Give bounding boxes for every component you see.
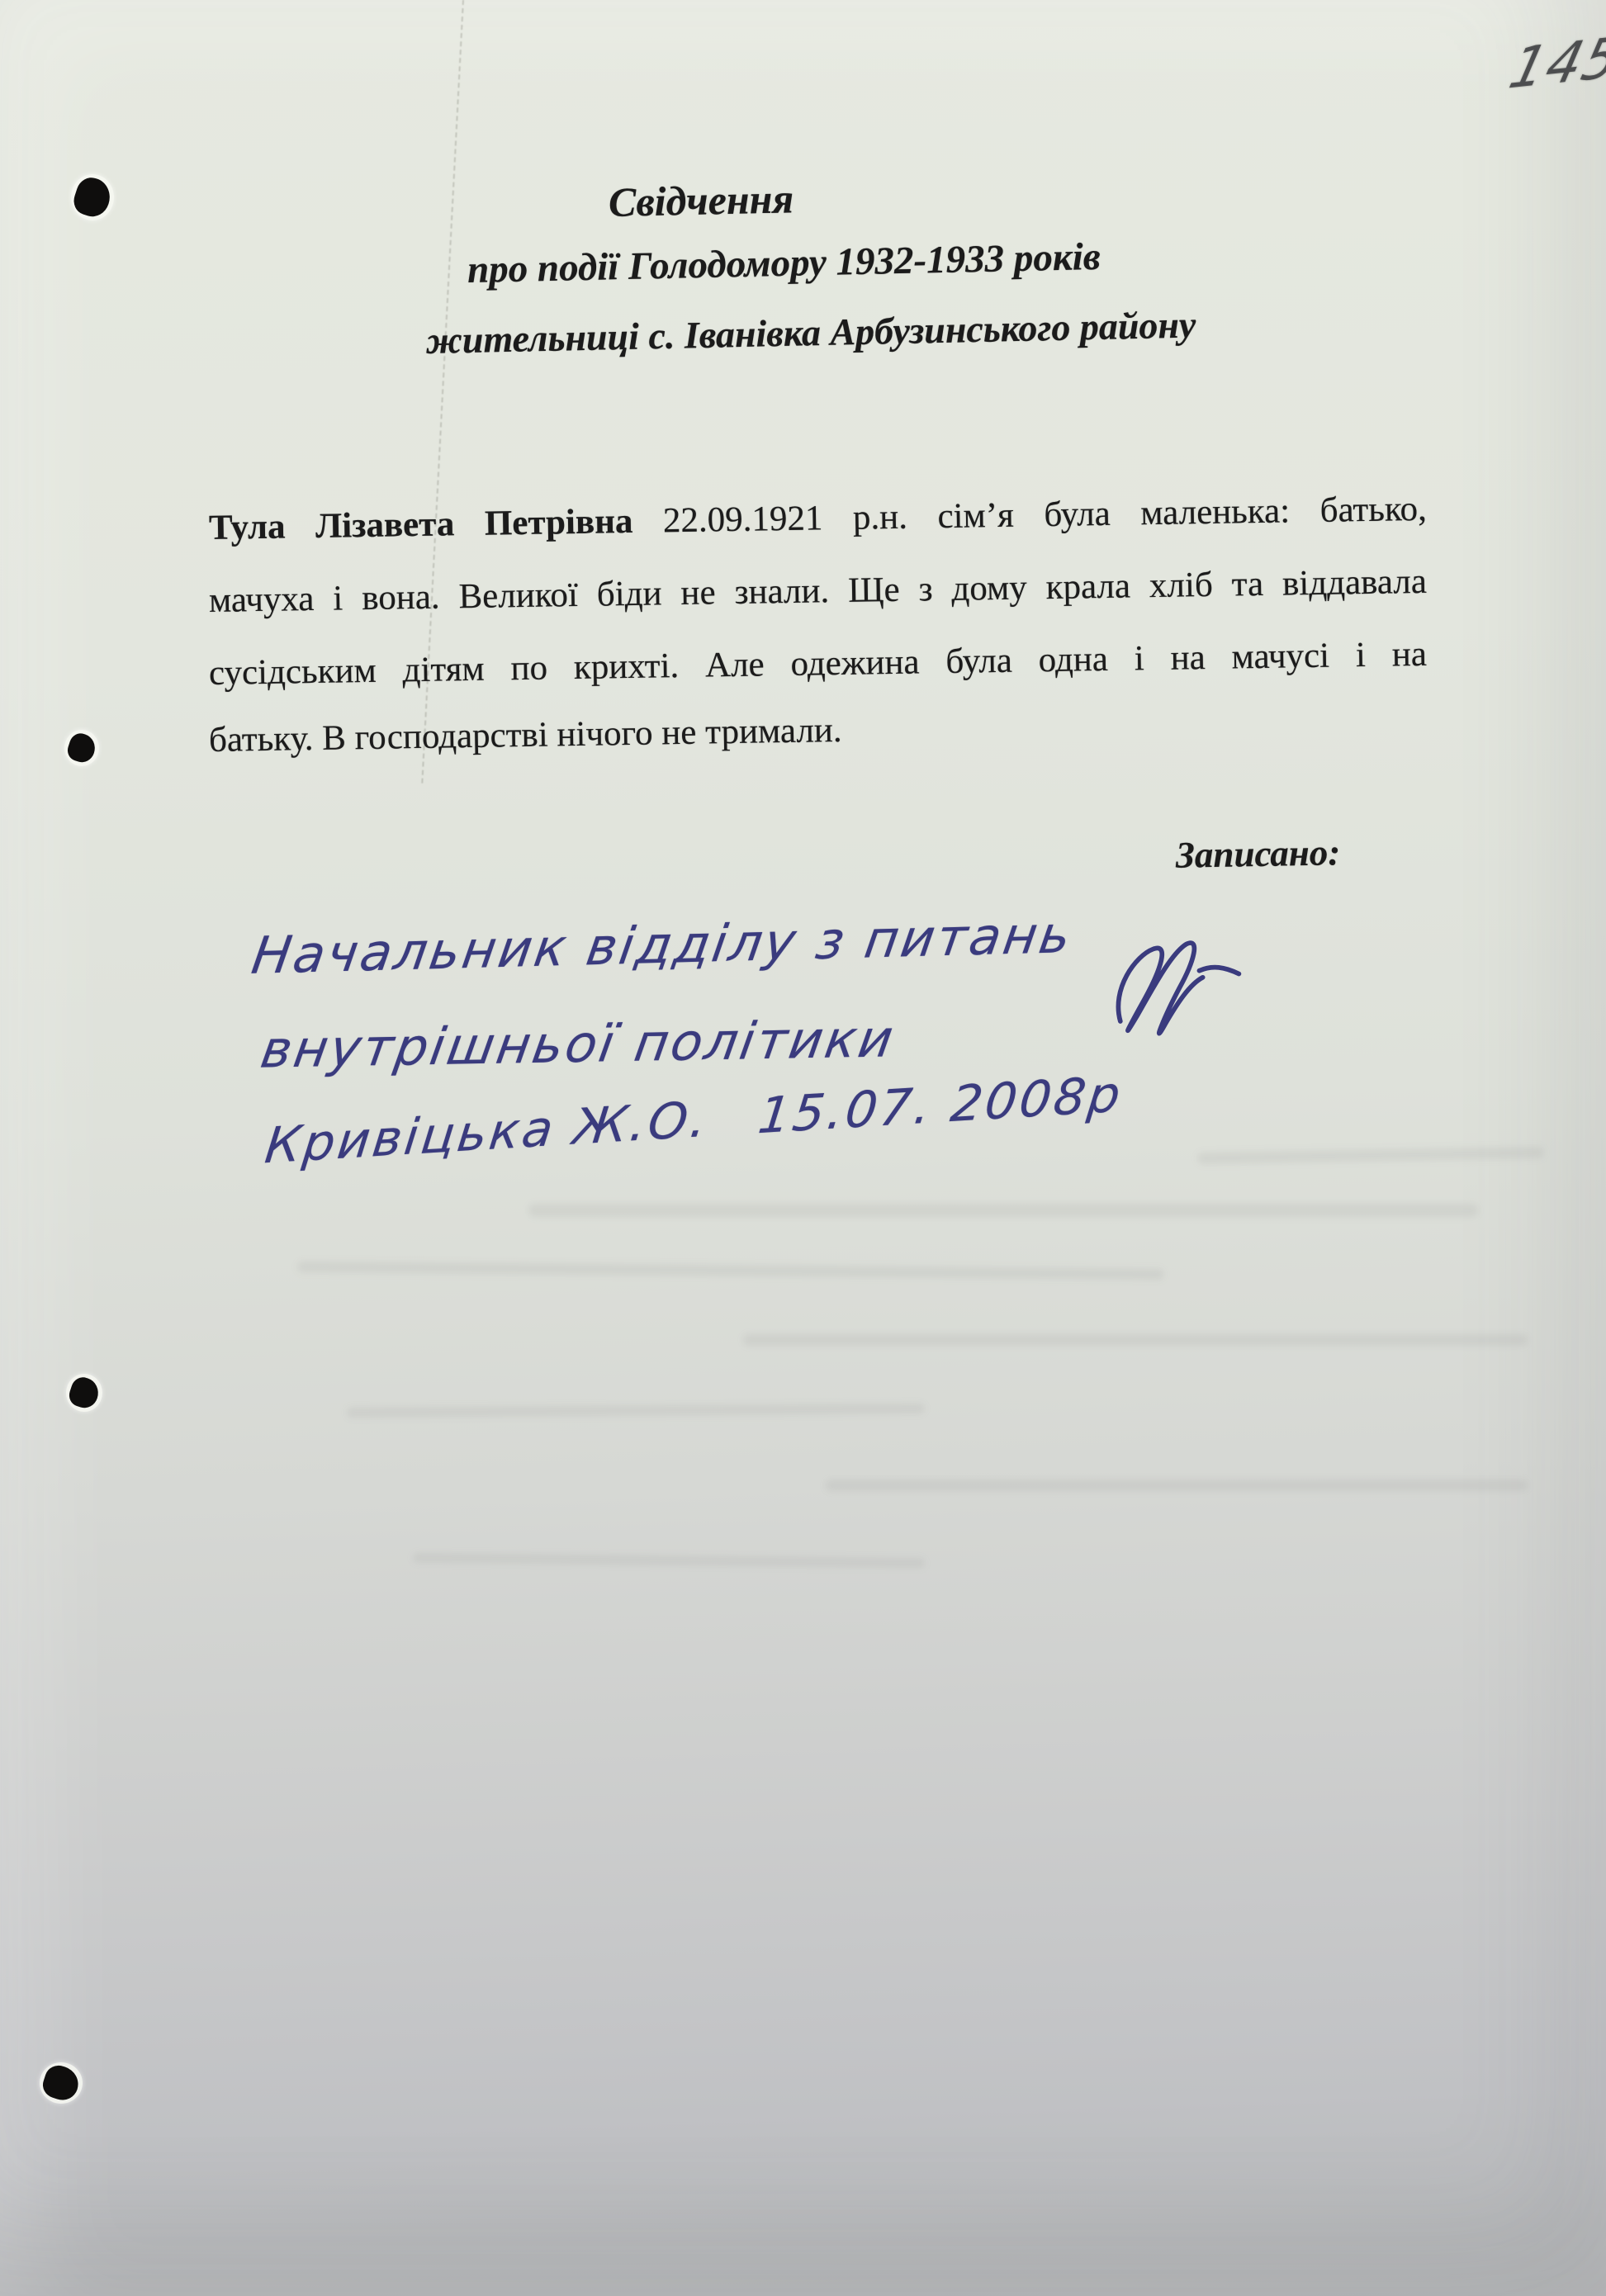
document-page: 145 Свідчення про події Голодомору 1932-… bbox=[0, 0, 1606, 2296]
signature-scribble bbox=[1097, 907, 1270, 1080]
body-line-3: сусідським дітям по крихті. Але одежина … bbox=[209, 634, 1428, 694]
page-number: 145 bbox=[1503, 25, 1606, 102]
hole-punch-4 bbox=[40, 2062, 83, 2104]
hole-punch-ink bbox=[65, 731, 99, 765]
recorder-name: Кривіцька Ж.О. bbox=[262, 1091, 712, 1175]
bleed-smudge bbox=[826, 1479, 1528, 1491]
handwritten-line-1: Начальник відділу з питань bbox=[248, 904, 1077, 986]
bleed-smudge bbox=[528, 1204, 1478, 1217]
hole-punch-ink bbox=[66, 1375, 102, 1412]
handwritten-line-2: внутрішньої політики bbox=[257, 1008, 899, 1079]
bleed-smudge bbox=[297, 1261, 1164, 1280]
body-line-1: Тула Лізавета Петрівна 22.09.1921 р.н. с… bbox=[209, 489, 1428, 548]
body-line-1-text: 22.09.1921 р.н. сім’я була маленька: бат… bbox=[632, 490, 1427, 541]
bleed-smudge bbox=[347, 1404, 925, 1418]
hole-punch-ink bbox=[40, 2062, 83, 2104]
recorded-label: Записано: bbox=[1176, 831, 1341, 876]
body-line-4: батьку. В господарстві нічого не тримали… bbox=[209, 701, 1428, 760]
hole-punch-1 bbox=[71, 174, 114, 220]
record-date: 15.07. 2008р bbox=[756, 1066, 1126, 1146]
subtitle-line-2: жительниці с. Іванівка Арбузинського рай… bbox=[425, 302, 1196, 362]
body-line-2: мачуха і вона. Великої біди не знали. Ще… bbox=[209, 561, 1428, 621]
subtitle-line-1: про події Голодомору 1932-1933 років bbox=[467, 234, 1101, 292]
bleed-smudge bbox=[743, 1334, 1528, 1346]
document-title: Свідчення bbox=[608, 174, 794, 226]
bleed-smudge bbox=[413, 1553, 925, 1568]
witness-name: Тула Лізавета Петрівна bbox=[209, 502, 633, 547]
hole-punch-2 bbox=[64, 730, 99, 766]
hole-punch-ink bbox=[70, 174, 115, 221]
handwritten-line-3: Кривіцька Ж.О.15.07. 2008р bbox=[262, 1066, 1125, 1176]
hole-punch-3 bbox=[66, 1374, 102, 1412]
bleed-smudge bbox=[1197, 1146, 1544, 1164]
